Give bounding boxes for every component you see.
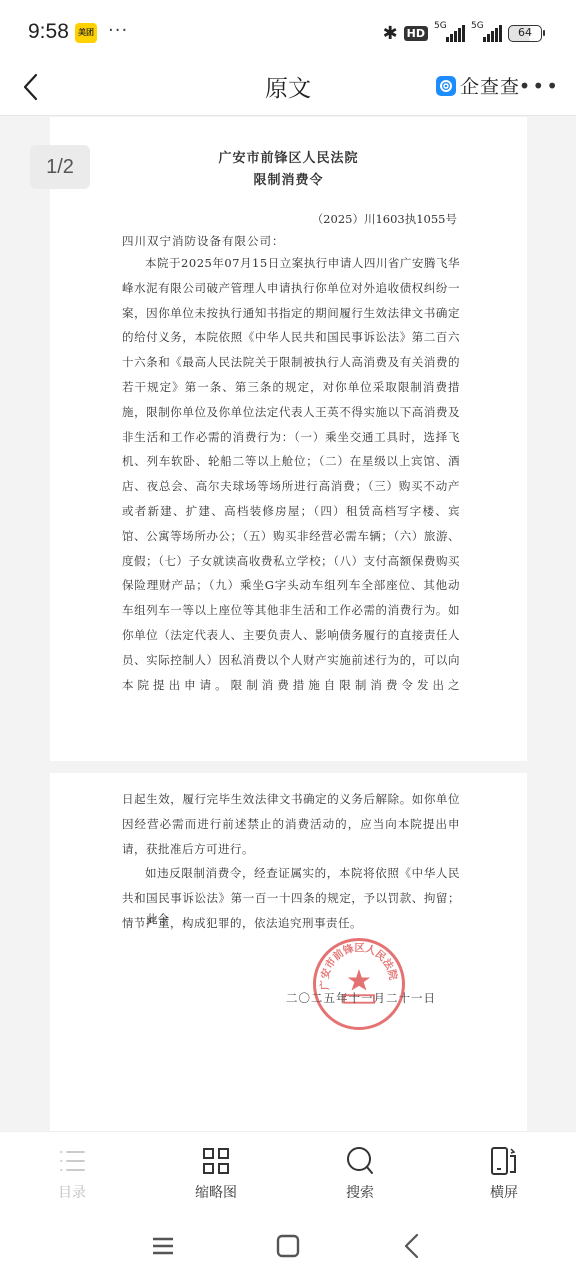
document-body-page2: 日起生效，履行完毕生效法律文书确定的义务后解除。如你单位因经营必需而进行前述禁止… [122,787,460,936]
page-indicator: 1/2 [30,145,90,189]
signal-sim2-icon: 5G [471,24,502,42]
rotate-screen-icon [489,1146,519,1176]
document-date: 二〇二五年十一月二十一日 [286,990,436,1006]
landscape-label: 横屏 [490,1182,518,1202]
recent-apps-icon[interactable] [148,1231,178,1261]
addressee: 四川双宁消防设备有限公司： [122,233,285,249]
thumbnail-label: 缩略图 [195,1182,237,1202]
paragraph: 如违反限制消费令，经查证属实的，本院将依照《中华人民共和国民事诉讼法》第一百一十… [122,861,460,935]
toc-button[interactable]: 目录 [0,1132,144,1211]
meituan-notification-icon: 美团 [75,23,97,43]
system-nav-bar [0,1211,576,1280]
thumbnail-button[interactable]: 缩略图 [144,1132,288,1211]
status-bar: 9:58 美团 ··· ✱ HD 5G 5G 64 [0,0,576,60]
paragraph: 日起生效，履行完毕生效法律文书确定的义务后解除。如你单位因经营必需而进行前述禁止… [122,787,460,861]
court-seal-stamp: 广安市前锋区人民法院 [313,938,405,1030]
document-body-page1: 本院于2025年07月15日立案执行申请人四川省广安腾飞华峰水泥有限公司破产管理… [122,251,460,697]
court-name: 广安市前锋区人民法院 [50,147,527,166]
document-page-1: 广安市前锋区人民法院 限制消费令 （2025）川1603执1055号 四川双宁消… [50,117,527,761]
list-icon [57,1146,87,1176]
document-type: 限制消费令 [50,169,527,188]
more-notifications-icon: ··· [108,20,128,41]
clock: 9:58 [28,20,69,44]
search-icon [345,1146,375,1176]
bluetooth-icon: ✱ [383,23,398,44]
back-nav-icon[interactable] [397,1231,427,1261]
brand-logo: 企查查 [436,72,520,99]
grid-icon [201,1146,231,1176]
qichacha-logo-icon [436,76,456,96]
bottom-toolbar: 目录 缩略图 搜索 横屏 [0,1131,576,1211]
document-page-2: 日起生效，履行完毕生效法律文书确定的义务后解除。如你单位因经营必需而进行前述禁止… [50,773,527,1131]
more-options-button[interactable]: ••• [519,74,560,98]
toc-label: 目录 [58,1182,86,1202]
search-button[interactable]: 搜索 [288,1132,432,1211]
document-viewer[interactable]: 广安市前锋区人民法院 限制消费令 （2025）川1603执1055号 四川双宁消… [0,117,576,1131]
search-label: 搜索 [346,1182,374,1202]
home-icon[interactable] [273,1231,303,1261]
case-number: （2025）川1603执1055号 [312,211,457,227]
status-icons: ✱ HD 5G 5G 64 [383,22,542,44]
closing: 此令 [146,911,169,927]
brand-name: 企查查 [460,72,520,99]
battery-icon: 64 [508,25,542,42]
hd-voice-icon: HD [404,26,428,41]
signal-sim1-icon: 5G [434,24,465,42]
landscape-button[interactable]: 横屏 [432,1132,576,1211]
app-header: 原文 企查查 ••• [0,60,576,116]
paragraph: 本院于2025年07月15日立案执行申请人四川省广安腾飞华峰水泥有限公司破产管理… [122,251,460,697]
